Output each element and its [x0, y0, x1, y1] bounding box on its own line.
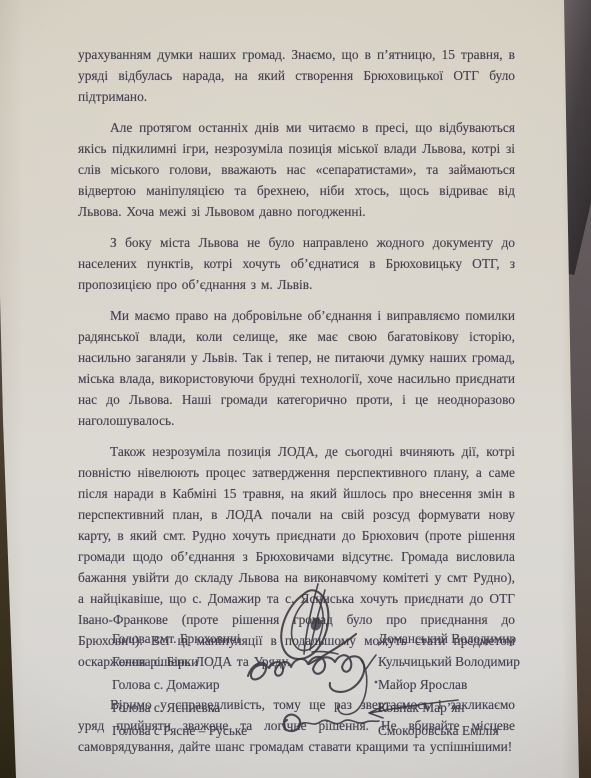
signature-row: Голова с. Бірки Кульчицький Володимир [112, 650, 542, 673]
signature-row: Голова смт. Брюховичі Доманський Володим… [112, 627, 542, 650]
signatory-name: Смокоровська Емілія [378, 723, 542, 739]
signatory-name: Ковпак Мар’ян [378, 700, 542, 716]
document-paper: урахуванням думки наших громад. Знаємо, … [0, 0, 591, 778]
signature-block: Голова смт. Брюховичі Доманський Володим… [112, 627, 542, 742]
paragraph: Але протягом останніх днів ми читаємо в … [78, 117, 515, 222]
signatory-name: Кульчицький Володимир [378, 654, 542, 670]
signature-row: Голова с Рясне – Руське Смокоровська Емі… [112, 719, 542, 742]
signature-row: Голова с. Домажир Майор Ярослав [112, 673, 542, 696]
signatory-title: Голова с Рясне – Руське [112, 723, 378, 739]
paragraph: Ми маємо право на добровільне об’єднання… [78, 305, 515, 431]
signatory-title: Голова с. Бірки [112, 654, 378, 670]
signatory-name: Доманський Володимир [378, 631, 542, 647]
photographed-document-scene: урахуванням думки наших громад. Знаємо, … [0, 0, 591, 778]
signatory-title: Голова с. Ясниська [112, 700, 378, 716]
paragraph: урахуванням думки наших громад. Знаємо, … [78, 44, 515, 107]
signatory-title: Голова смт. Брюховичі [112, 631, 378, 647]
paragraph: З боку міста Львова не було направлено ж… [78, 232, 515, 295]
signatory-title: Голова с. Домажир [112, 677, 378, 693]
signature-row: Голова с. Ясниська Ковпак Мар’ян [112, 696, 542, 719]
signatory-name: Майор Ярослав [378, 677, 542, 693]
